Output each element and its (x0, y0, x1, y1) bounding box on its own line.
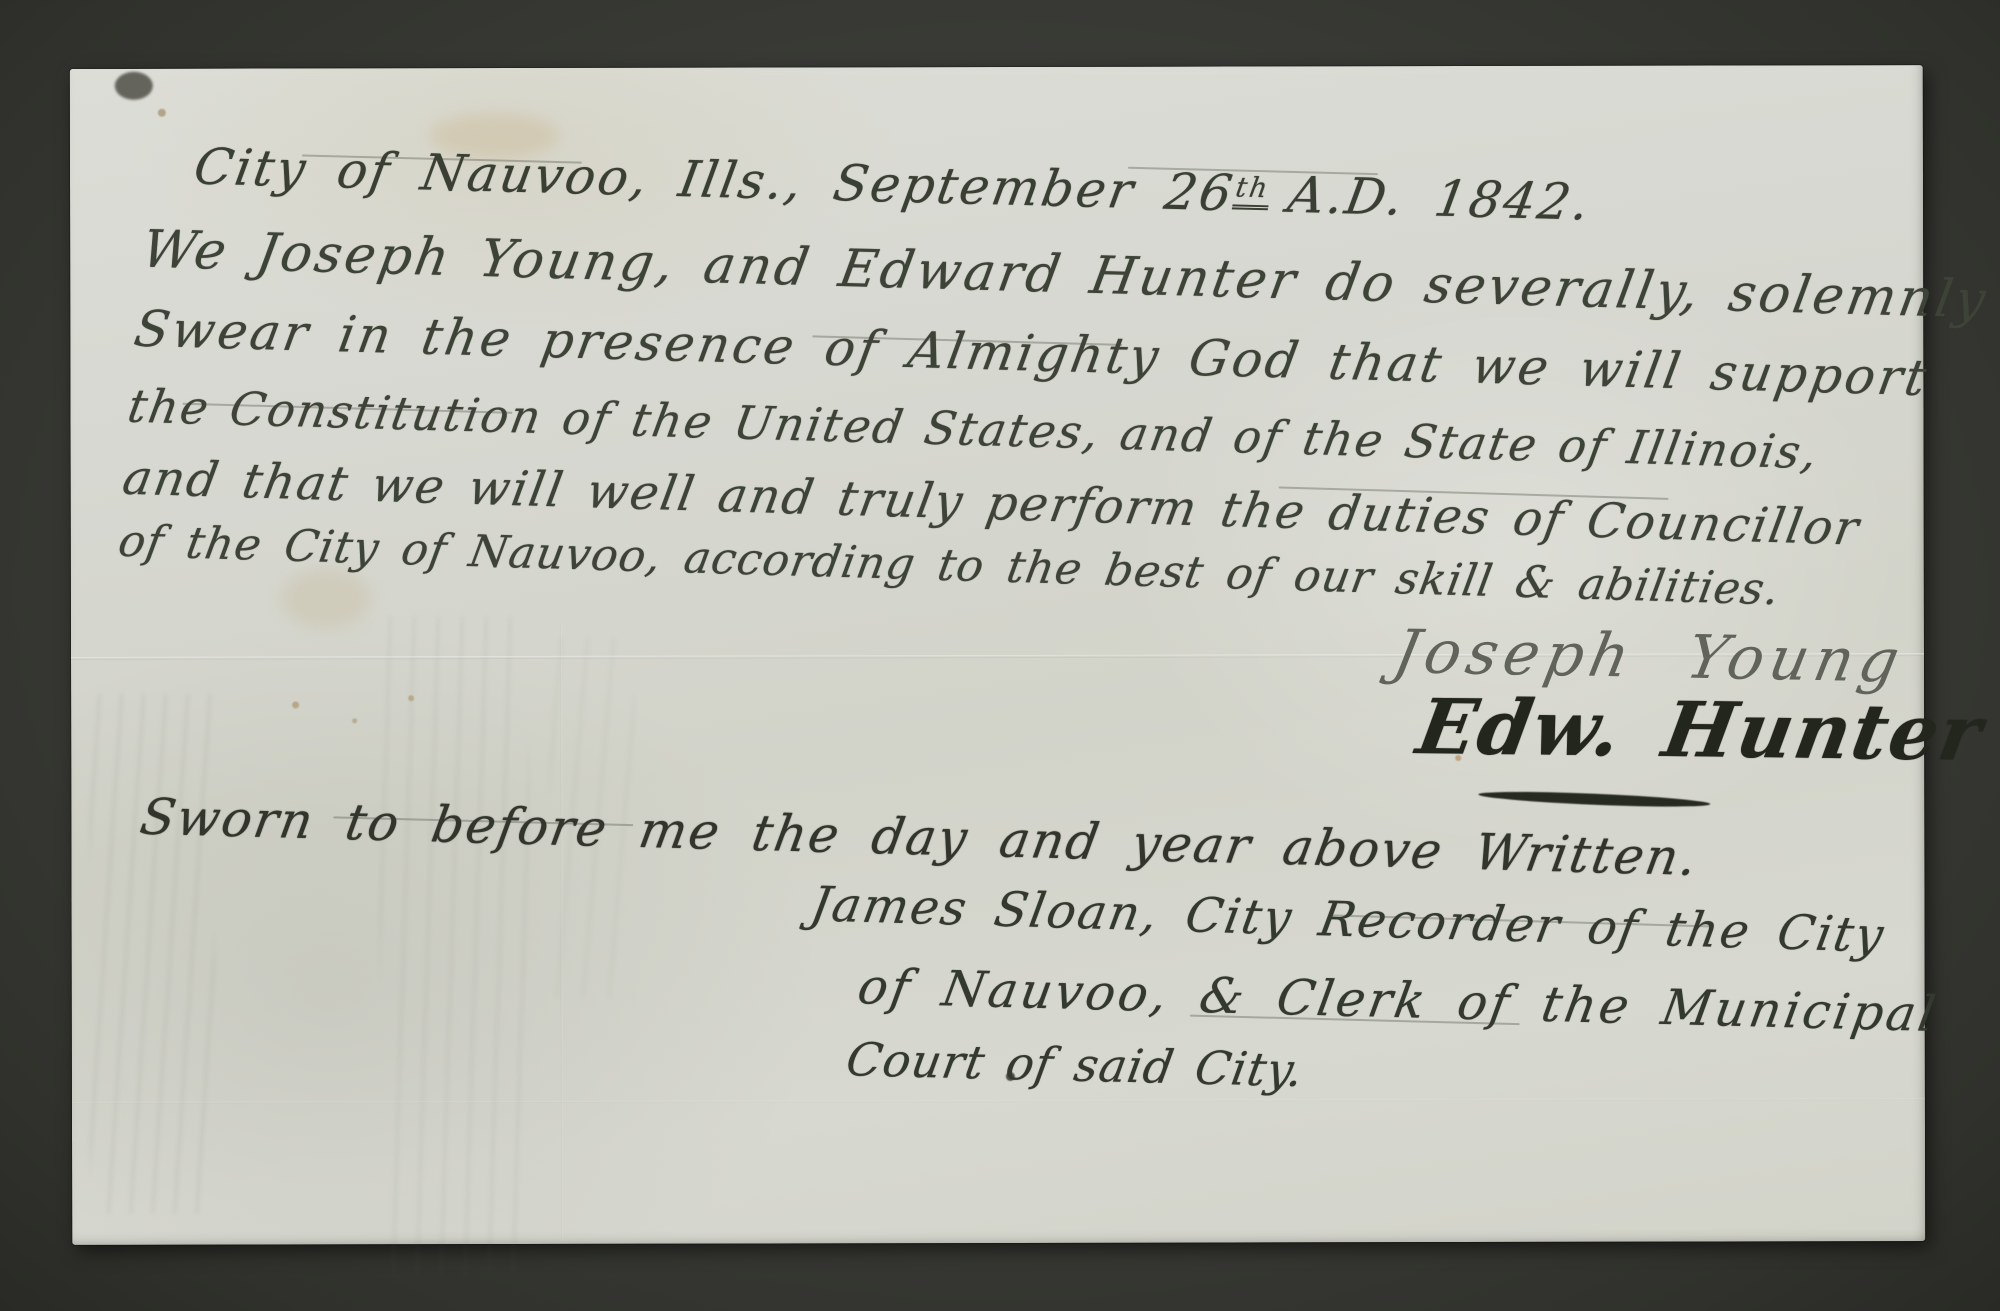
signature-joseph-young: Joseph Young (1389, 622, 1909, 691)
dateline-year: A.D. 1842. (1284, 166, 1596, 232)
signature-edward-hunter: Edw. Hunter (1412, 689, 1988, 772)
scan-background: City of Nauvoo, Ills., September 26thA.D… (0, 0, 2000, 1311)
stain (292, 701, 299, 708)
bleedthrough-marks (89, 694, 215, 1214)
stain (158, 109, 166, 117)
document-paper: City of Nauvoo, Ills., September 26thA.D… (70, 65, 1925, 1245)
stain (281, 568, 371, 628)
recorder-line-2: of Nauvoo, & Clerk of the Municipal (854, 962, 1941, 1039)
dateline-place-date: City of Nauvoo, Ills., September 26 (190, 138, 1239, 223)
fold-crease (72, 1098, 1925, 1104)
stain (352, 718, 357, 723)
dateline-ordinal-suffix: th (1231, 172, 1274, 211)
signature-underline-flourish (1478, 789, 1710, 810)
dateline: City of Nauvoo, Ills., September 26thA.D… (191, 142, 1595, 228)
stain (408, 695, 414, 701)
recorder-line-1: James Sloan, City Recorder of the City (807, 880, 1888, 959)
ink-smudge-stain (115, 72, 153, 100)
attestation-line: Sworn to before me the day and year abov… (137, 792, 1702, 883)
bleedthrough-marks (379, 616, 530, 1276)
recorder-line-3: Court of said City. (843, 1036, 1307, 1093)
